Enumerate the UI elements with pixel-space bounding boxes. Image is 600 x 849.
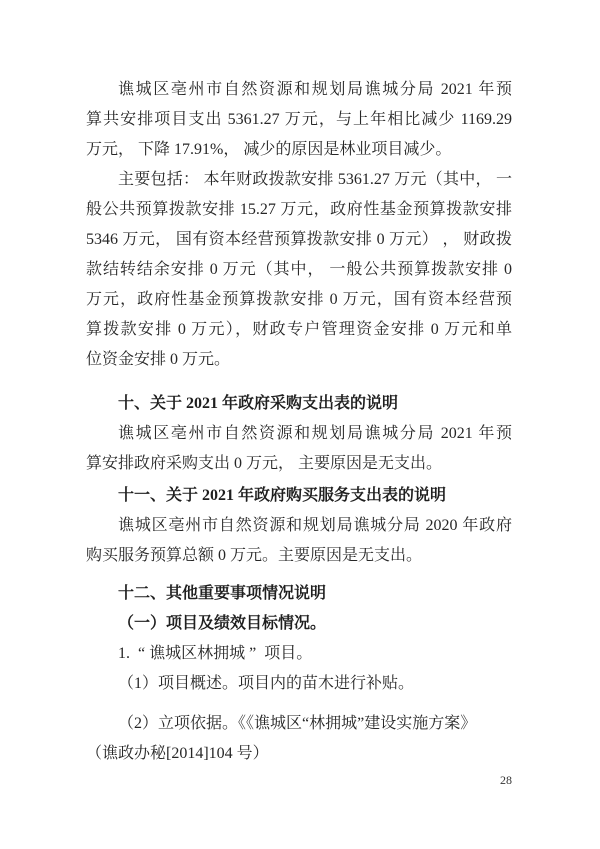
paragraph: 谯城区亳州市自然资源和规划局谯城分局 2021 年预算共安排项目支出 5361.… xyxy=(86,75,512,165)
section-heading: 十二、其他重要事项情况说明 xyxy=(86,579,512,609)
text-line: 谯城区亳州市自然资源和规划局谯城分局 2021 年预 xyxy=(86,419,512,449)
section-heading: 十、关于 2021 年政府采购支出表的说明 xyxy=(86,389,512,419)
text-line: 十二、其他重要事项情况说明 xyxy=(86,579,512,609)
paragraph: 谯城区亳州市自然资源和规划局谯城分局 2020 年政府购买服务预算总额 0 万元… xyxy=(86,511,512,571)
text-line: 谯城区亳州市自然资源和规划局谯城分局 2020 年政府 xyxy=(86,511,512,541)
section-heading: 十一、关于 2021 年政府购买服务支出表的说明 xyxy=(86,481,512,511)
paragraph: 1. “ 谯城区林拥城 ” 项目。 xyxy=(86,639,512,669)
page-number: 28 xyxy=(500,772,512,788)
text-line: 算拨款安排 0 万元），财政专户管理资金安排 0 万元和单 xyxy=(86,315,512,345)
paragraph: 主要包括： 本年财政拨款安排 5361.27 万元（其中， 一般公共预算拨款安排… xyxy=(86,165,512,375)
text-line: （1）项目概述。项目内的苗木进行补贴。 xyxy=(86,669,512,699)
paragraph: （2）立项依据。《《谯城区“林拥城”建设实施方案》（谯政办秘[2014]104 … xyxy=(86,709,512,769)
text-line: 万元， 下降 17.91%， 减少的原因是林业项目减少。 xyxy=(86,135,512,165)
text-line: 主要包括： 本年财政拨款安排 5361.27 万元（其中， 一 xyxy=(86,165,512,195)
document-page: 谯城区亳州市自然资源和规划局谯城分局 2021 年预算共安排项目支出 5361.… xyxy=(0,0,600,849)
text-line: 万元，政府性基金预算拨款安排 0 万元，国有资本经营预 xyxy=(86,285,512,315)
text-line: 算共安排项目支出 5361.27 万元，与上年相比减少 1169.29 xyxy=(86,105,512,135)
text-line: 5346 万元， 国有资本经营预算拨款安排 0 万元） ， 财政拨 xyxy=(86,225,512,255)
text-line: 位资金安排 0 万元。 xyxy=(86,345,512,375)
text-line: （谯政办秘[2014]104 号） xyxy=(86,739,512,769)
document-body: 谯城区亳州市自然资源和规划局谯城分局 2021 年预算共安排项目支出 5361.… xyxy=(0,0,600,769)
text-line: 谯城区亳州市自然资源和规划局谯城分局 2021 年预 xyxy=(86,75,512,105)
text-line: 款结转结余安排 0 万元（其中， 一般公共预算拨款安排 0 xyxy=(86,255,512,285)
text-line: 十一、关于 2021 年政府购买服务支出表的说明 xyxy=(86,481,512,511)
text-line: 购买服务预算总额 0 万元。主要原因是无支出。 xyxy=(86,541,512,571)
paragraph: （1）项目概述。项目内的苗木进行补贴。 xyxy=(86,669,512,699)
text-line: 1. “ 谯城区林拥城 ” 项目。 xyxy=(86,639,512,669)
text-line: 算安排政府采购支出 0 万元， 主要原因是无支出。 xyxy=(86,449,512,479)
text-line: （2）立项依据。《《谯城区“林拥城”建设实施方案》 xyxy=(86,709,512,739)
paragraph: 谯城区亳州市自然资源和规划局谯城分局 2021 年预算安排政府采购支出 0 万元… xyxy=(86,419,512,479)
section-heading: （一）项目及绩效目标情况。 xyxy=(86,609,512,639)
text-line: 般公共预算拨款安排 15.27 万元，政府性基金预算拨款安排 xyxy=(86,195,512,225)
text-line: 十、关于 2021 年政府采购支出表的说明 xyxy=(86,389,512,419)
text-line: （一）项目及绩效目标情况。 xyxy=(86,609,512,639)
